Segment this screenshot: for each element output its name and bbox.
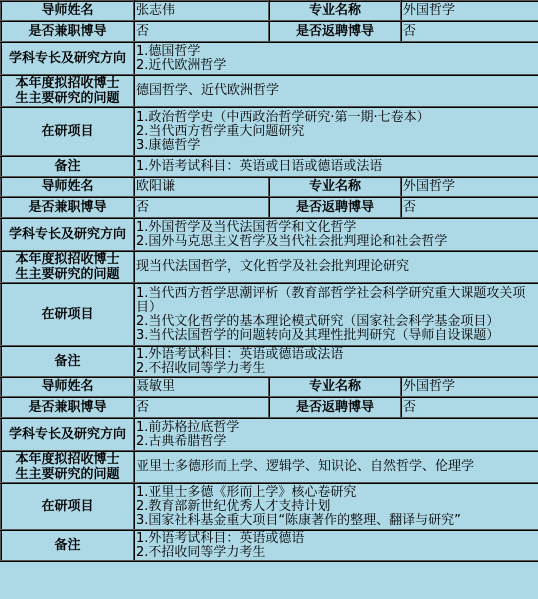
advisor-name-label: 导师姓名: [1, 1, 134, 21]
ongoing-projects-value: 1.政治哲学史（中西政治哲学研究·第一期·七卷本） 2.当代西方哲学重大问题研究…: [134, 107, 538, 156]
part-time-advisor-label: 是否兼职博导: [1, 397, 134, 418]
part-time-advisor-label: 是否兼职博导: [1, 197, 134, 218]
advisor-2-remarks-row: 备注 1.外语考试科目：英语或德语或法语 2.不招收同等学力考生: [1, 346, 538, 377]
advisor-3-status-row: 是否兼职博导 否 是否返聘博导 否: [1, 397, 538, 418]
specialty-direction-label: 学科专长及研究方向: [1, 418, 134, 451]
specialty-direction-label: 学科专长及研究方向: [1, 42, 134, 75]
advisor-info-table: 导师姓名 张志伟 专业名称 外国哲学 是否兼职博导 否 是否返聘博导 否 学科专…: [0, 0, 538, 562]
project-item: 2.当代西方哲学重大问题研究: [136, 125, 537, 139]
ongoing-projects-value: 1.亚里士多德《形而上学》核心卷研究 2.教育部新世纪优秀人才支持计划 3.国家…: [134, 483, 538, 530]
advisor-3-remarks-row: 备注 1.外语考试科目：英语或德语 2.不招收同等学力考生: [1, 530, 538, 561]
ongoing-projects-label: 在研项目: [1, 107, 134, 156]
part-time-advisor-value: 否: [134, 197, 269, 218]
part-time-advisor-value: 否: [134, 397, 269, 418]
advisor-2-name-row: 导师姓名 欧阳谦 专业名称 外国哲学: [1, 177, 538, 197]
part-time-advisor-value: 否: [134, 21, 269, 42]
specialty-direction-label: 学科专长及研究方向: [1, 218, 134, 251]
remark-item: 1.外语考试科目：英语或德语: [136, 532, 537, 546]
project-item: 3.当代法国哲学的问题转向及其理性批判研究（导师自设课题）: [136, 329, 537, 343]
advisor-3-projects-row: 在研项目 1.亚里士多德《形而上学》核心卷研究 2.教育部新世纪优秀人才支持计划…: [1, 483, 538, 530]
rehired-advisor-label: 是否返聘博导: [269, 21, 401, 42]
project-item: 1.亚里士多德《形而上学》核心卷研究: [136, 486, 537, 500]
research-questions-label-line2: 生主要研究的问题: [3, 91, 132, 106]
advisor-name-value: 张志伟: [134, 1, 269, 21]
research-questions-value: 德国哲学、近代欧洲哲学: [134, 75, 538, 107]
advisor-2-direction-row: 学科专长及研究方向 1.外国哲学及当代法国哲学和文化哲学 2.国外马克思主义哲学…: [1, 218, 538, 251]
rehired-advisor-label: 是否返聘博导: [269, 397, 401, 418]
project-item: 3.康德哲学: [136, 139, 537, 153]
research-questions-label: 本年度拟招收博士 生主要研究的问题: [1, 75, 134, 107]
direction-item: 2.国外马克思主义哲学及当代社会批判理论和社会哲学: [136, 235, 537, 249]
advisor-2-questions-row: 本年度拟招收博士 生主要研究的问题 现当代法国哲学，文化哲学及社会批判理论研究: [1, 251, 538, 283]
advisor-1-remarks-row: 备注 1.外语考试科目：英语或日语或德语或法语: [1, 156, 538, 177]
remarks-value: 1.外语考试科目：英语或德语 2.不招收同等学力考生: [134, 530, 538, 561]
project-item: 2.当代文化哲学的基本理论模式研究（国家社会科学基金项目）: [136, 315, 537, 329]
remarks-label: 备注: [1, 346, 134, 377]
ongoing-projects-label: 在研项目: [1, 283, 134, 346]
remarks-label: 备注: [1, 156, 134, 177]
direction-item: 2.近代欧洲哲学: [136, 59, 537, 73]
major-name-label: 专业名称: [269, 177, 401, 197]
advisor-3-direction-row: 学科专长及研究方向 1.前苏格拉底哲学 2.古典希腊哲学: [1, 418, 538, 451]
advisor-3-name-row: 导师姓名 聂敏里 专业名称 外国哲学: [1, 377, 538, 397]
advisor-name-label: 导师姓名: [1, 177, 134, 197]
advisor-2-projects-row: 在研项目 1.当代西方哲学思潮评析（教育部哲学社会科学研究重大课题攻关项目） 2…: [1, 283, 538, 346]
research-questions-label-line2: 生主要研究的问题: [3, 267, 132, 282]
specialty-direction-value: 1.德国哲学 2.近代欧洲哲学: [134, 42, 538, 75]
project-item: 3.国家社科基金重大项目“陈康著作的整理、翻译与研究”: [136, 514, 537, 528]
research-questions-label: 本年度拟招收博士 生主要研究的问题: [1, 251, 134, 283]
direction-item: 1.德国哲学: [136, 45, 537, 59]
specialty-direction-value: 1.外国哲学及当代法国哲学和文化哲学 2.国外马克思主义哲学及当代社会批判理论和…: [134, 218, 538, 251]
project-item: 2.教育部新世纪优秀人才支持计划: [136, 500, 537, 514]
advisor-2-status-row: 是否兼职博导 否 是否返聘博导 否: [1, 197, 538, 218]
research-questions-label-line1: 本年度拟招收博士: [3, 452, 132, 467]
advisor-name-label: 导师姓名: [1, 377, 134, 397]
ongoing-projects-value: 1.当代西方哲学思潮评析（教育部哲学社会科学研究重大课题攻关项目） 2.当代文化…: [134, 283, 538, 346]
advisor-1-status-row: 是否兼职博导 否 是否返聘博导 否: [1, 21, 538, 42]
direction-item: 1.前苏格拉底哲学: [136, 421, 537, 435]
research-questions-value: 现当代法国哲学，文化哲学及社会批判理论研究: [134, 251, 538, 283]
remarks-value: 1.外语考试科目：英语或日语或德语或法语: [134, 156, 538, 177]
major-name-label: 专业名称: [269, 1, 401, 21]
direction-item: 1.外国哲学及当代法国哲学和文化哲学: [136, 221, 537, 235]
research-questions-label-line1: 本年度拟招收博士: [3, 252, 132, 267]
research-questions-label-line2: 生主要研究的问题: [3, 467, 132, 482]
remark-item: 1.外语考试科目：英语或德语或法语: [136, 348, 537, 362]
major-name-label: 专业名称: [269, 377, 401, 397]
direction-item: 2.古典希腊哲学: [136, 435, 537, 449]
advisor-1-direction-row: 学科专长及研究方向 1.德国哲学 2.近代欧洲哲学: [1, 42, 538, 75]
major-name-value: 外国哲学: [401, 1, 538, 21]
project-item: 1.当代西方哲学思潮评析（教育部哲学社会科学研究重大课题攻关项目）: [136, 287, 537, 315]
research-questions-value: 亚里士多德形而上学、逻辑学、知识论、自然哲学、伦理学: [134, 451, 538, 483]
rehired-advisor-value: 否: [401, 21, 538, 42]
major-name-value: 外国哲学: [401, 377, 538, 397]
remark-item: 2.不招收同等学力考生: [136, 362, 537, 376]
remark-item: 1.外语考试科目：英语或日语或德语或法语: [136, 160, 537, 174]
research-questions-label-line1: 本年度拟招收博士: [3, 76, 132, 91]
major-name-value: 外国哲学: [401, 177, 538, 197]
advisor-name-value: 欧阳谦: [134, 177, 269, 197]
ongoing-projects-label: 在研项目: [1, 483, 134, 530]
remarks-value: 1.外语考试科目：英语或德语或法语 2.不招收同等学力考生: [134, 346, 538, 377]
rehired-advisor-value: 否: [401, 397, 538, 418]
advisor-name-value: 聂敏里: [134, 377, 269, 397]
remarks-label: 备注: [1, 530, 134, 561]
advisor-1-name-row: 导师姓名 张志伟 专业名称 外国哲学: [1, 1, 538, 21]
specialty-direction-value: 1.前苏格拉底哲学 2.古典希腊哲学: [134, 418, 538, 451]
rehired-advisor-value: 否: [401, 197, 538, 218]
advisor-3-questions-row: 本年度拟招收博士 生主要研究的问题 亚里士多德形而上学、逻辑学、知识论、自然哲学…: [1, 451, 538, 483]
rehired-advisor-label: 是否返聘博导: [269, 197, 401, 218]
part-time-advisor-label: 是否兼职博导: [1, 21, 134, 42]
advisor-1-questions-row: 本年度拟招收博士 生主要研究的问题 德国哲学、近代欧洲哲学: [1, 75, 538, 107]
advisor-1-projects-row: 在研项目 1.政治哲学史（中西政治哲学研究·第一期·七卷本） 2.当代西方哲学重…: [1, 107, 538, 156]
project-item: 1.政治哲学史（中西政治哲学研究·第一期·七卷本）: [136, 111, 537, 125]
remark-item: 2.不招收同等学力考生: [136, 546, 537, 560]
research-questions-label: 本年度拟招收博士 生主要研究的问题: [1, 451, 134, 483]
